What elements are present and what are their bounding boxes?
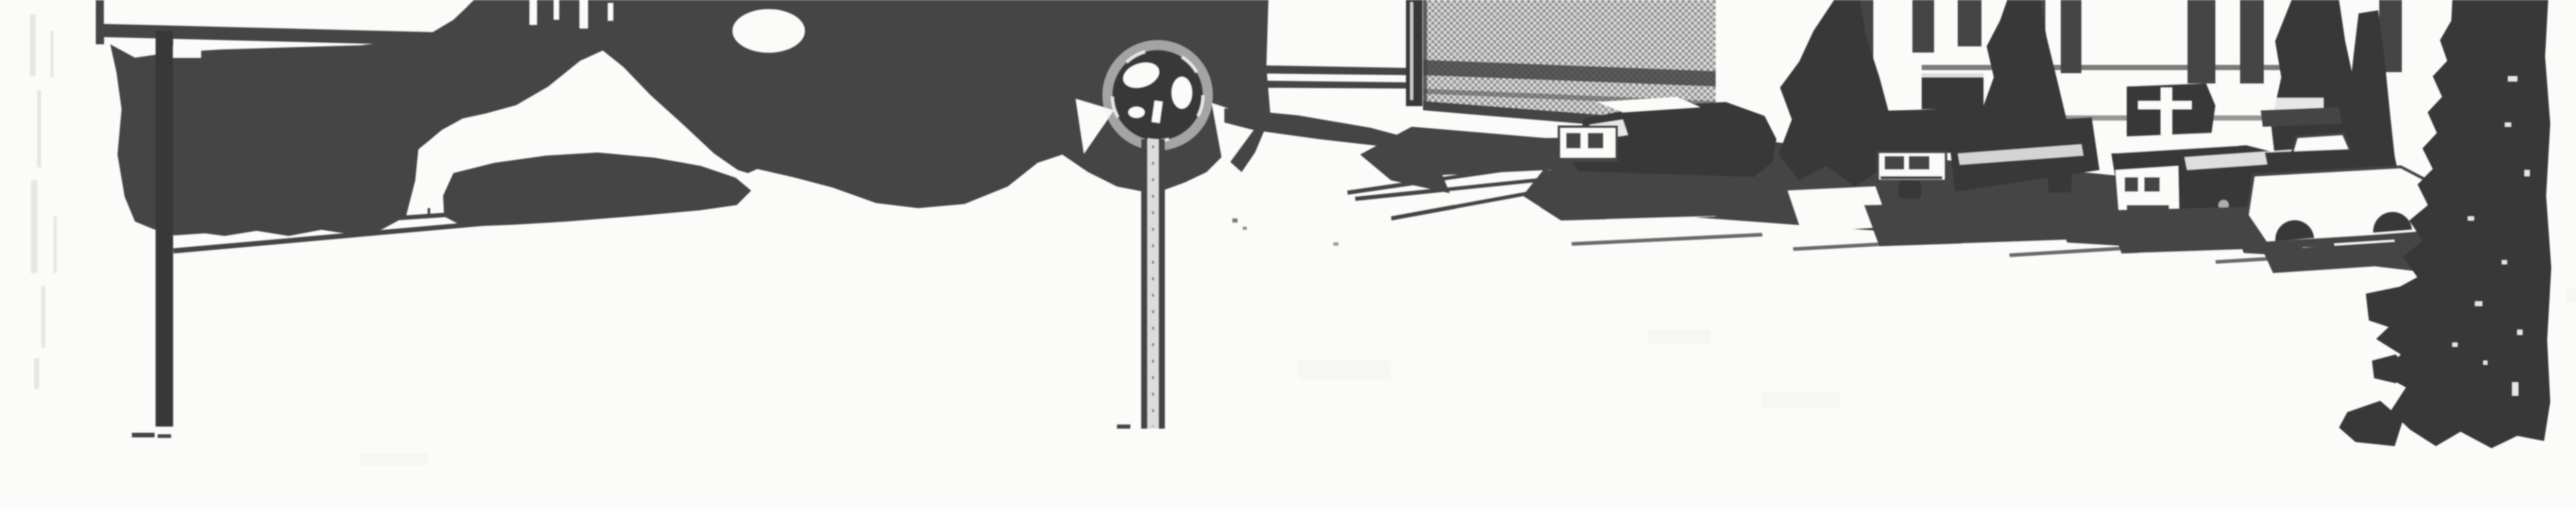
van-shadow xyxy=(1864,200,2119,246)
window xyxy=(2240,0,2264,83)
windshield xyxy=(1909,156,1929,169)
scanned-illustration-page: Black-and-white halftone illustration: e… xyxy=(0,0,2576,509)
sky-slit xyxy=(608,3,613,21)
sky-slit xyxy=(554,0,559,20)
gate-post-highlight xyxy=(1410,2,1413,100)
window xyxy=(1958,0,1981,46)
emblem-highlight xyxy=(1172,77,1192,109)
wheel xyxy=(2048,173,2072,193)
car-shadow xyxy=(1522,170,1795,220)
campus-parking-illustration xyxy=(0,0,2576,509)
window xyxy=(1912,0,1934,53)
facade-line xyxy=(1922,65,2303,70)
bumper xyxy=(1559,158,1617,162)
car-behind-window-band xyxy=(2261,107,2342,127)
roof-box xyxy=(1922,73,1984,109)
wagon-body xyxy=(2247,167,2430,244)
pole-base-dash xyxy=(1117,425,1130,429)
sky-slit xyxy=(580,0,588,28)
windshield xyxy=(1885,156,1904,169)
cab-pillar-highlight xyxy=(2138,101,2192,109)
emblem-highlight xyxy=(1128,107,1145,118)
sign-post xyxy=(156,31,173,427)
windshield xyxy=(1588,133,1603,148)
roof-box-highlight xyxy=(1922,73,1984,77)
sky-gap xyxy=(733,9,805,53)
window xyxy=(2188,0,2215,83)
headlight xyxy=(2144,177,2160,192)
post-base-dash xyxy=(132,433,155,437)
gate-post xyxy=(1406,0,1422,106)
sky-slit xyxy=(530,0,537,25)
sign-frame-left xyxy=(96,0,104,44)
windshield xyxy=(1566,133,1581,148)
headlight xyxy=(2125,177,2138,192)
grille xyxy=(1880,176,1942,179)
window xyxy=(2061,0,2081,73)
sky-notch xyxy=(173,46,201,58)
post-base-dash xyxy=(158,434,171,438)
wheel xyxy=(1899,180,1921,199)
circular-emblem-sign xyxy=(1108,46,1207,145)
cab-pillar-highlight xyxy=(2161,88,2172,135)
